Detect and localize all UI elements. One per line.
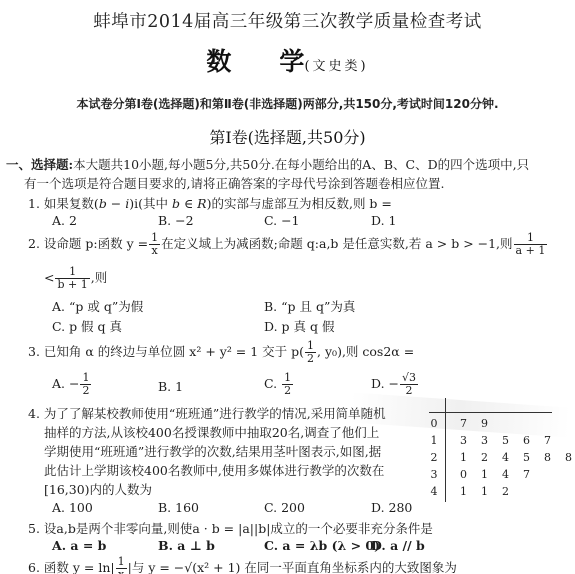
stem-row: 3 0 1 4 7 — [425, 466, 575, 483]
q4-option-c: C. 200 — [264, 500, 305, 515]
stem-leaf-plot: 0 7 9 1 3 3 5 6 7 2 1 2 4 5 8 — [425, 412, 575, 500]
subject-char-1: 数 — [206, 47, 231, 76]
fraction: 12 — [282, 372, 293, 397]
q5-option-b: B. a ⊥ b — [158, 538, 215, 553]
q4-option-d: D. 280 — [371, 500, 412, 515]
question-2-cont: <1b + 1,则 — [44, 266, 107, 291]
q1-option-b: B. −2 — [158, 213, 194, 228]
stem-leaf-vertical-rule — [445, 398, 446, 502]
q3-option-b: B. 1 — [158, 379, 183, 394]
fraction: √32 — [400, 372, 418, 397]
exam-title: 蚌埠市2014届高三年级第三次教学质量检查考试 — [0, 8, 575, 33]
q4-option-b: B. 160 — [158, 500, 199, 515]
q1-option-c: C. −1 — [264, 213, 300, 228]
section1-label: 一、选择题: — [6, 157, 73, 172]
question-5: 5. 设a,b是两个非零向量,则使a · b = |a||b|成立的一个必要非充… — [28, 519, 433, 537]
section1-instructions-line1: 一、选择题:本大题共10小题,每小题5分,共50分.在每小题给出的A、B、C、D… — [6, 155, 529, 173]
question-4-line5: [16,30)内的人数为 — [44, 480, 152, 498]
question-3: 3. 已知角 α 的终边与单位圆 x² + y² = 1 交于 p(12, y₀… — [28, 340, 414, 365]
subject-heading: 数学(文史类) — [0, 42, 575, 78]
fraction: 1b + 1 — [55, 266, 89, 291]
q2-option-a: A. “p 或 q”为假 — [52, 297, 143, 315]
stem-row: 1 3 3 5 6 7 — [425, 432, 575, 449]
question-6: 6. 函数 y = ln|1x|与 y = −√(x² + 1) 在同一平面直角… — [28, 556, 457, 574]
q5-option-a: A. a = b — [52, 538, 106, 553]
q2-option-c: C. p 假 q 真 — [52, 317, 122, 335]
fraction: 1x — [149, 232, 160, 257]
fraction: 1x — [116, 556, 127, 574]
q2-option-d: D. p 真 q 假 — [264, 317, 334, 335]
part1-title: 第Ⅰ卷(选择题,共50分) — [0, 125, 575, 148]
fraction: 12 — [305, 340, 316, 365]
question-4-line2: 抽样的方法,从该校400名授课教师中抽取20名,调查了他们上 — [44, 423, 379, 441]
subject-char-2: 学 — [279, 47, 304, 76]
q1-option-a: A. 2 — [52, 213, 77, 228]
stem-row: 0 7 9 — [425, 415, 575, 432]
exam-intro: 本试卷分第Ⅰ卷(选择题)和第Ⅱ卷(非选择题)两部分,共150分,考试时间120分… — [0, 95, 575, 112]
q3-option-a: A. −12 — [52, 372, 92, 397]
question-4-line1: 4. 为了了解某校教师使用“班班通”进行教学的情况,采用简单随机 — [28, 404, 386, 422]
q5-option-c: C. a = λb (λ > 0) — [264, 538, 380, 553]
question-1: 1. 如果复数(b − i)i(其中 b ∈ R)的实部与虚部互为相反数,则 b… — [28, 194, 392, 212]
stem-row: 4 1 1 2 — [425, 483, 575, 500]
question-4-line4: 此估计上学期该校400名教师中,使用多媒体进行教学的次数在 — [44, 461, 384, 479]
fraction: 1a + 1 — [514, 232, 548, 257]
section1-instructions-line2: 有一个选项是符合题目要求的,请将正确答案的字母代号涂到答题卷相应位置. — [24, 174, 444, 192]
fraction: 12 — [80, 372, 91, 397]
q3-option-c: C. 12 — [264, 372, 294, 397]
q2-option-b: B. “p 且 q”为真 — [264, 297, 355, 315]
stem-row: 2 1 2 4 5 8 8 — [425, 449, 575, 466]
question-2: 2. 设命题 p:函数 y =1x在定义域上为减函数;命题 q:a,b 是任意实… — [28, 232, 548, 257]
subject-category: (文史类) — [304, 59, 368, 74]
q4-option-a: A. 100 — [52, 500, 93, 515]
stem-leaf-horizontal-rule — [429, 412, 552, 413]
question-4-line3: 学期使用“班班通”进行教学的次数,结果用茎叶图表示,如图,据 — [44, 442, 381, 460]
q1-option-d: D. 1 — [371, 213, 396, 228]
q5-option-d: D. a // b — [371, 538, 425, 553]
